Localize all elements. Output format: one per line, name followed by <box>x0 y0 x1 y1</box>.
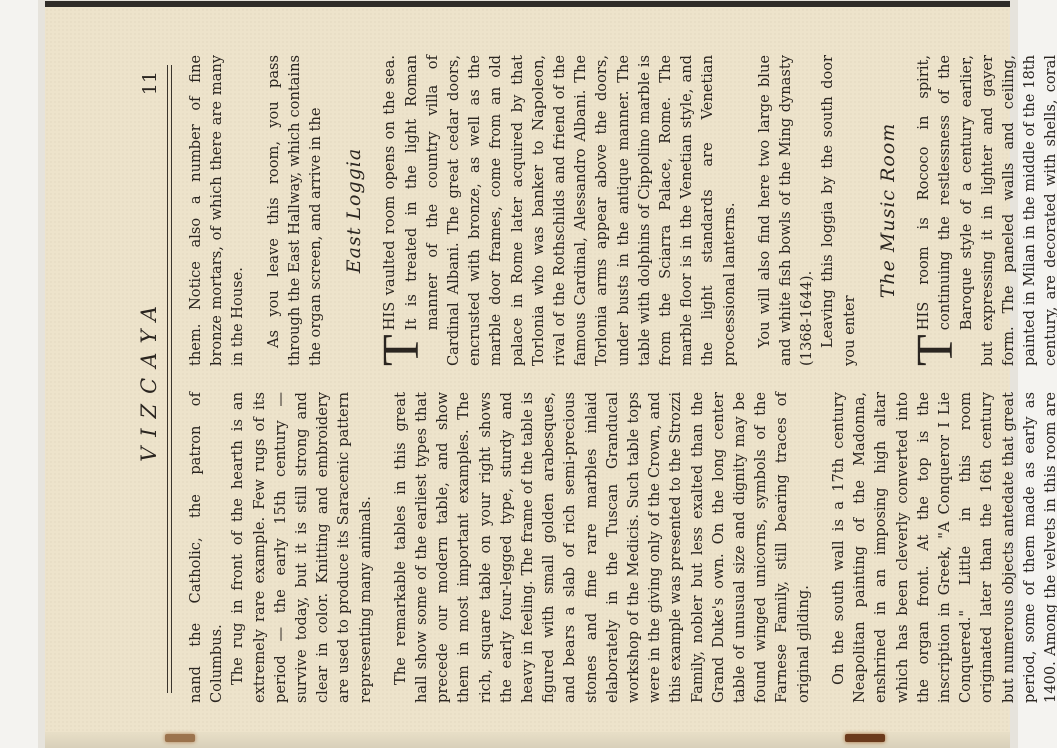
section-title-east-loggia: East Loggia <box>344 55 365 366</box>
book-page: VIZCAYA 11 nand the Catholic, the patron… <box>45 5 1010 748</box>
text-columns: nand the Catholic, the patron of Columbu… <box>185 55 950 703</box>
page-number: 11 <box>139 71 161 95</box>
paragraph: Leaving this loggia by the south door yo… <box>817 55 859 366</box>
paragraph: nand the Catholic, the patron of Columbu… <box>185 392 227 703</box>
dropcap: T <box>382 334 422 366</box>
staple-rust-mark <box>165 734 195 742</box>
paragraph: On the south wall is a 17th century Neap… <box>828 392 1057 703</box>
left-column: nand the Catholic, the patron of Columbu… <box>185 392 950 703</box>
section-title-music-room: The Music Room <box>878 55 899 366</box>
paragraph-with-dropcap: THIS room is Rococo in spirit, continuin… <box>913 55 1057 366</box>
dropcap: T <box>916 334 956 366</box>
paragraph: You will also find here two large blue a… <box>754 55 818 366</box>
staple-rust-mark <box>845 734 885 742</box>
header-double-rule <box>167 65 172 693</box>
paragraph: As you leave this room, you pass through… <box>263 55 327 366</box>
page-header: VIZCAYA 11 <box>127 65 175 693</box>
running-title: VIZCAYA <box>137 65 161 693</box>
right-column: them. Notice also a number of fine bronz… <box>185 55 950 366</box>
paragraph: The rug in front of the hearth is an ext… <box>227 392 375 703</box>
paragraph: The remarkable tables in this great hall… <box>390 392 814 703</box>
paragraph: them. Notice also a number of fine bronz… <box>185 55 249 366</box>
page-edge <box>45 1 1010 7</box>
book-binding <box>45 732 1010 748</box>
paragraph-with-dropcap: THIS vaulted room opens on the sea. It i… <box>379 55 739 366</box>
